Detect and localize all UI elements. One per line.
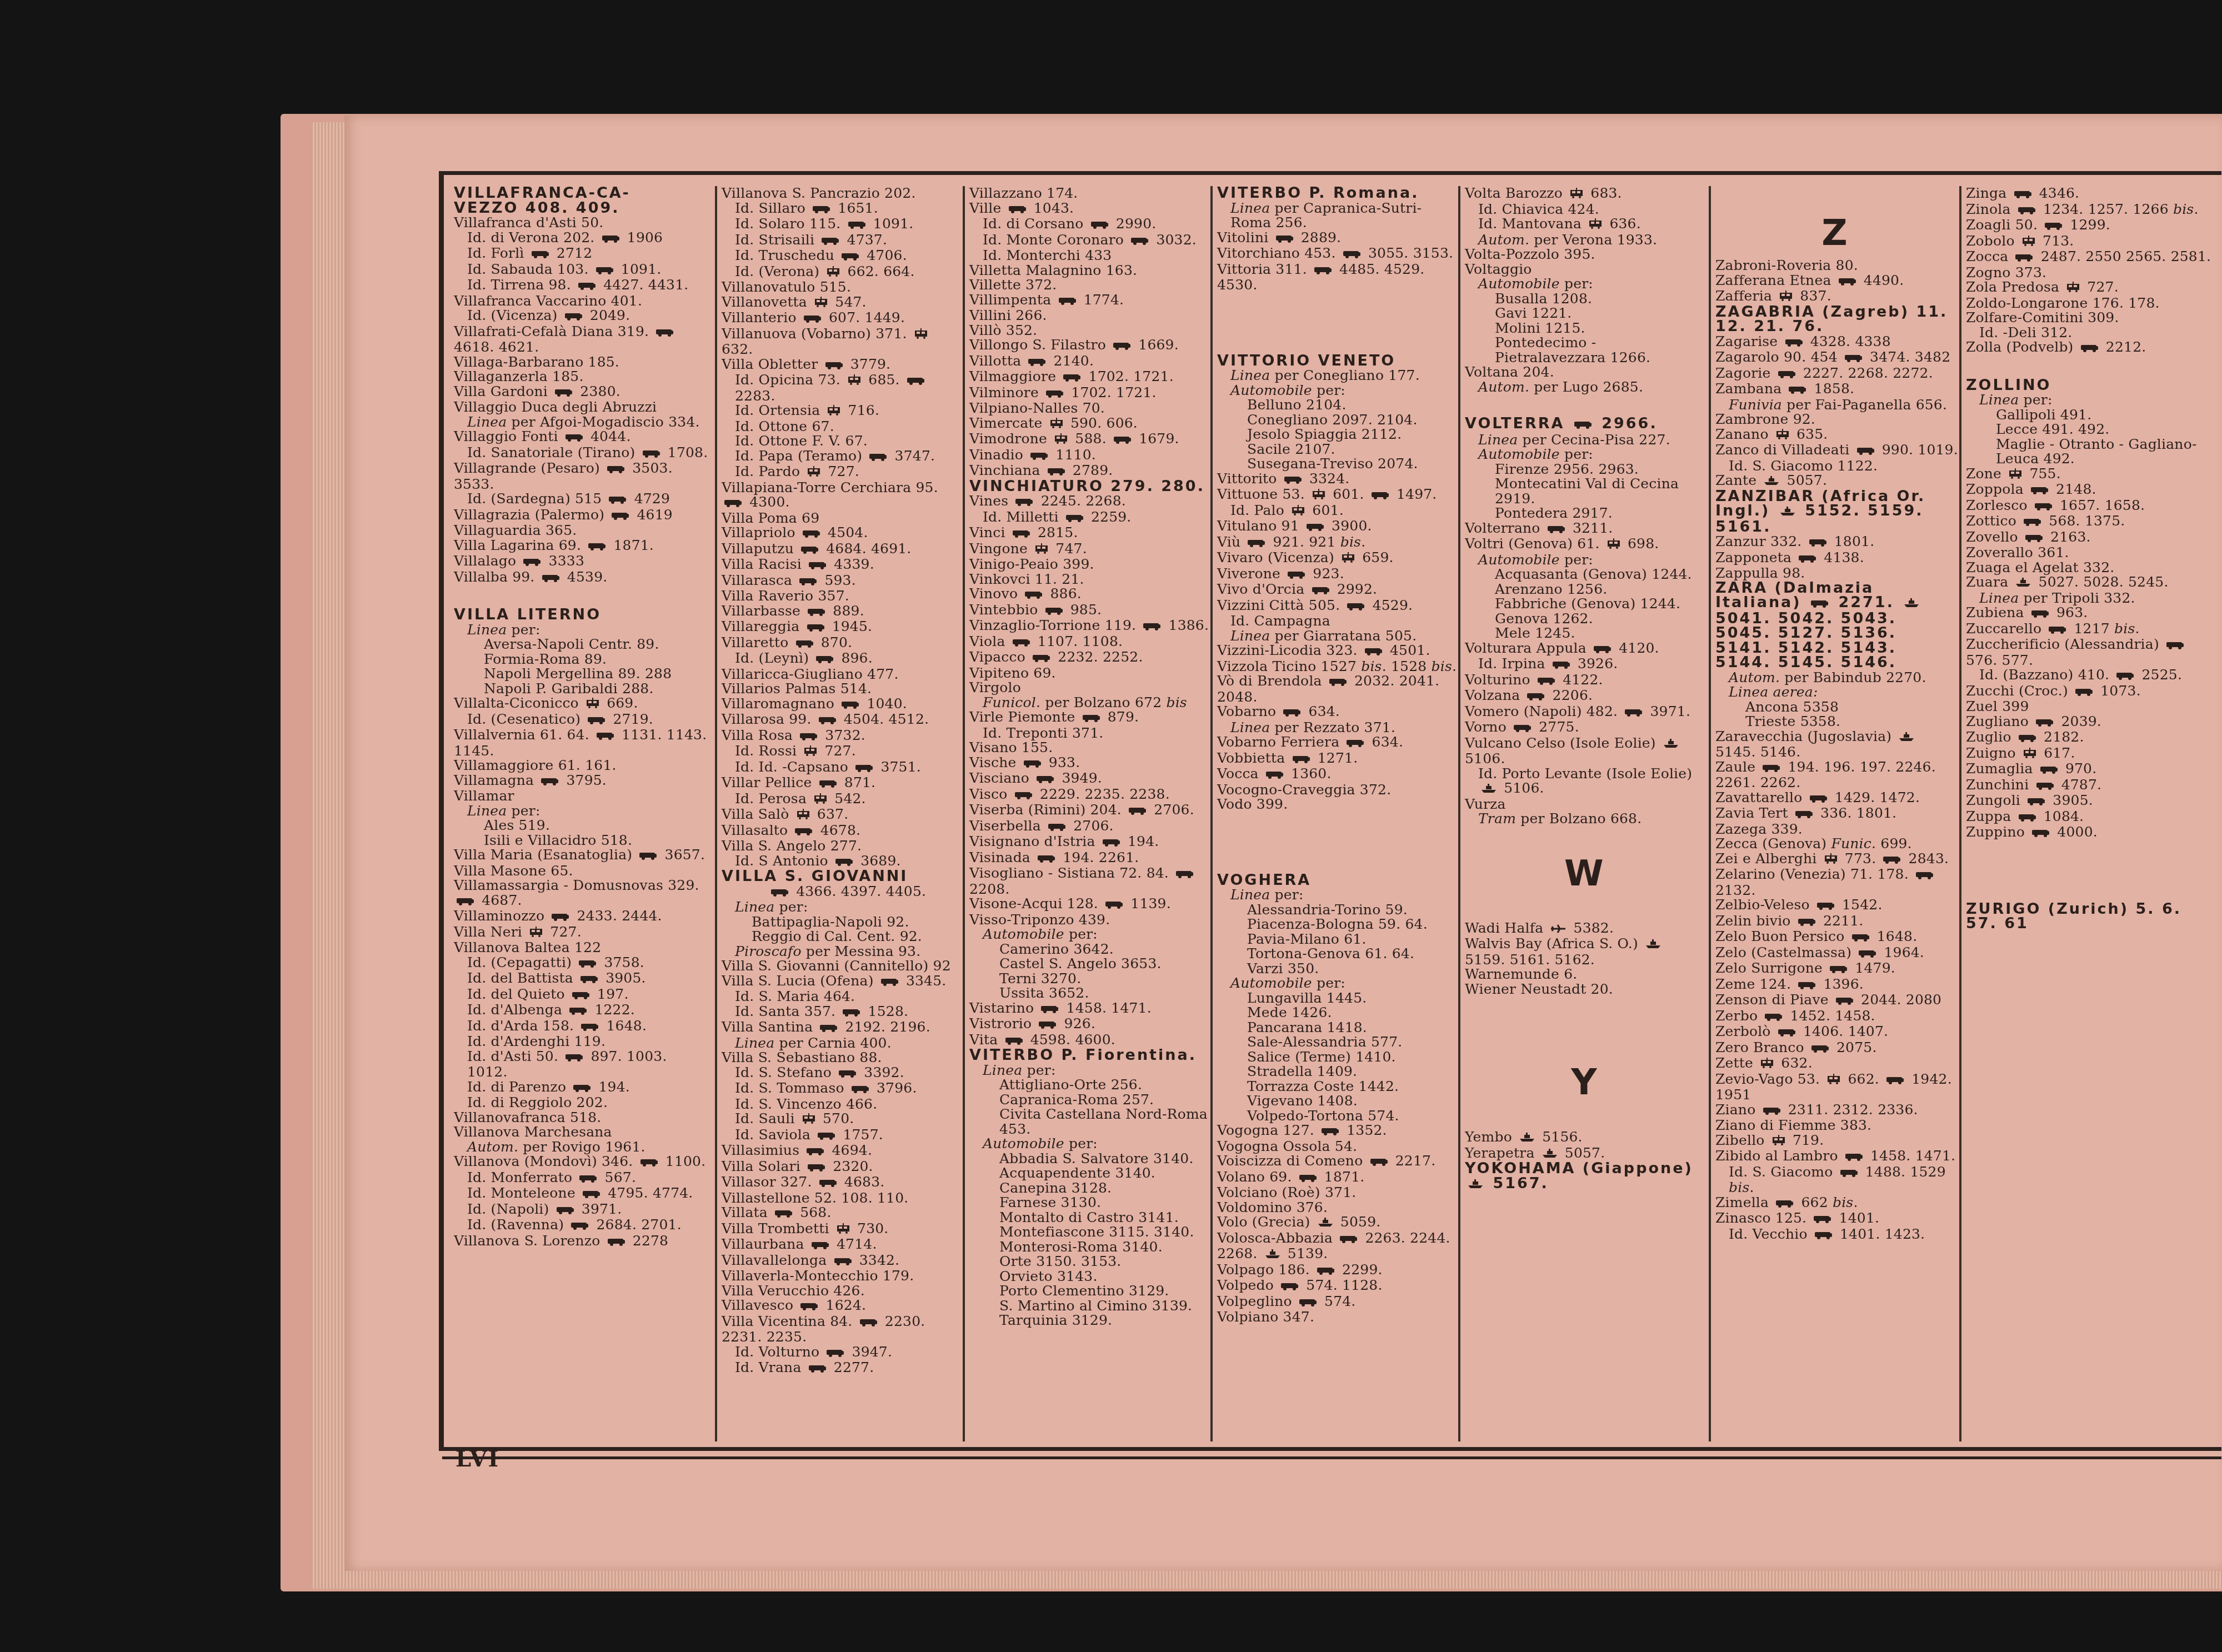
- bus-icon: [724, 496, 743, 511]
- index-entry: Canepina 3128.: [965, 1181, 1209, 1196]
- tram-icon: [836, 1223, 850, 1238]
- bus-icon: [1809, 792, 1828, 807]
- bus-icon: [655, 326, 674, 341]
- index-entry: Villaurbana 4714.: [717, 1237, 962, 1253]
- index-column-4: VITERBO P. Romana.Linea per Capranica-Su…: [1210, 186, 1457, 1441]
- spacer: [1460, 827, 1708, 849]
- bus-icon: [1840, 1166, 1859, 1181]
- index-entry: Vigevano 1408.: [1213, 1094, 1457, 1109]
- bus-icon: [1762, 761, 1781, 776]
- index-entry: Zafferana Etnea 4490.: [1711, 273, 1958, 289]
- index-entry: Vimodrone 588. 1679.: [965, 432, 1209, 448]
- bus-icon: [812, 202, 831, 217]
- index-entry: Id. Ottone F. V. 67.: [717, 434, 962, 449]
- bus-icon: [807, 620, 825, 635]
- index-entry: Villamar: [449, 789, 710, 804]
- tram-icon: [1588, 218, 1603, 233]
- bus-icon: [639, 849, 658, 864]
- italic-label: Autom.: [1478, 232, 1529, 248]
- index-entry: Villastellone 52. 108. 110.: [717, 1191, 962, 1206]
- index-entry: Piacenza-Bologna 59. 64.: [1213, 917, 1457, 932]
- spacer: [1460, 899, 1708, 921]
- index-entry: Zapponeta 4138.: [1711, 550, 1958, 567]
- italic-label: Linea: [467, 414, 507, 430]
- index-entry: Villapiana-Torre Cerchiara 95. 4300.: [717, 480, 962, 511]
- station-heading: VITERBO P. Fiorentina.: [965, 1048, 1209, 1063]
- index-entry: Villarasca 593.: [717, 573, 962, 589]
- bus-icon: [2048, 623, 2067, 638]
- index-entry: Villa Poma 69: [717, 511, 962, 526]
- index-entry: Villanova Baltea 122: [449, 940, 710, 955]
- index-entry: Villaverla-Montecchio 179.: [717, 1269, 962, 1284]
- spacer: [1460, 1108, 1708, 1130]
- index-entry: Id. Volturno 3947.: [717, 1345, 962, 1361]
- index-entry: Tram per Bolzano 668.: [1460, 812, 1708, 827]
- index-entry: Id. di Verona 202. 1906: [449, 231, 710, 247]
- index-column-3: Villazzano 174.Ville 1043.Id. di Corsano…: [963, 186, 1209, 1441]
- index-entry: Zinola 1234. 1257. 1266 bis.: [1961, 202, 2217, 218]
- index-entry: Id. Tirrena 98. 4427. 4431.: [449, 278, 710, 294]
- bus-icon: [1287, 568, 1306, 583]
- index-entry: Zagorie 2227. 2268. 2272.: [1711, 366, 1958, 382]
- tram-icon: [585, 697, 600, 712]
- index-entry: Zambrone 92.: [1711, 412, 1958, 427]
- index-entry: Zabroni-Roveria 80.: [1711, 258, 1958, 273]
- index-page: VILLAFRANCA-CA-VEZZO 408. 409.Villafranc…: [344, 116, 2222, 1571]
- bus-icon: [1040, 1002, 1059, 1017]
- index-entry: Zuglio 2182.: [1961, 730, 2217, 746]
- index-entry: Zavattarello 1429. 1472.: [1711, 790, 1958, 807]
- station-heading: VITTORIO VENETO: [1213, 354, 1457, 369]
- bus-icon: [1275, 232, 1294, 247]
- bus-icon: [1030, 449, 1049, 464]
- bus-icon: [848, 218, 867, 233]
- index-entry: Id. Milletti 2259.: [965, 510, 1209, 526]
- index-entry: Villanuova (Vobarno) 371. 632.: [717, 327, 962, 357]
- index-entry: Id. Sillaro 1651.: [717, 201, 962, 217]
- index-entry: Villanova S. Pancrazio 202.: [717, 186, 962, 201]
- index-entry: Visano 155.: [965, 740, 1209, 755]
- index-entry: Vintebbio 985.: [965, 603, 1209, 619]
- index-entry: Automobile per:: [1460, 447, 1708, 462]
- bus-icon: [1314, 263, 1333, 278]
- index-entry: Zobolo 713.: [1961, 234, 2217, 250]
- spacer: [1460, 394, 1708, 417]
- bus-icon: [838, 1067, 857, 1082]
- index-entry: Id. Id. -Capsano 3751.: [717, 760, 962, 776]
- index-entry: Id. Sanatoriale (Tirano) 1708.: [449, 445, 710, 462]
- index-entry: Orvieto 3143.: [965, 1269, 1209, 1284]
- index-entry: Id. (Cepagatti) 3758.: [449, 955, 710, 972]
- index-entry: Id. Sabauda 103. 1091.: [449, 262, 710, 278]
- index-entry: Aversa-Napoli Centr. 89.: [449, 637, 710, 652]
- ship-icon: [1264, 1248, 1281, 1263]
- index-entry: Villaminozzo 2433. 2444.: [449, 909, 710, 925]
- ship-icon: [1903, 597, 1920, 612]
- bus-icon: [1247, 536, 1266, 551]
- bus-icon: [1574, 418, 1593, 433]
- bus-icon: [1816, 899, 1835, 914]
- bus-icon: [1778, 367, 1796, 382]
- bus-icon: [551, 910, 570, 925]
- index-entry: Zagarise 4328. 4338: [1711, 334, 1958, 351]
- index-entry: Sacile 2107.: [1213, 442, 1457, 457]
- italic-label: Linea: [1230, 628, 1270, 644]
- index-entry: Id. (Napoli) 3971.: [449, 1202, 710, 1218]
- station-heading: ZANZIBAR (Africa Or. Ingl.) 5152. 5159. …: [1711, 489, 1958, 535]
- index-entry: Vizzini-Licodia 323. 4501.: [1213, 643, 1457, 659]
- index-entry: Zuccarello 1217 bis.: [1961, 622, 2217, 638]
- bus-icon: [1624, 705, 1643, 720]
- index-entry: Zanano 635.: [1711, 427, 1958, 443]
- bus-icon: [1128, 804, 1147, 819]
- index-entry: Id. Papa (Teramo) 3747.: [717, 449, 962, 465]
- station-heading: ZURIGO (Zurich) 5. 6. 57. 61: [1961, 902, 2217, 932]
- index-entry: Vimercate 590. 606.: [965, 416, 1209, 432]
- index-entry: Villalvernia 61. 64. 1131. 1143. 1145.: [449, 728, 710, 758]
- index-entry: Vitorchiano 453. 3055. 3153.: [1213, 246, 1457, 262]
- italic-label: bis: [1729, 1179, 1749, 1195]
- bus-icon: [1265, 768, 1284, 783]
- index-entry: Zibello 719.: [1711, 1133, 1958, 1149]
- index-entry: Vita 4598. 4600.: [965, 1033, 1209, 1049]
- index-entry: Villaromagnano 1040.: [717, 697, 962, 713]
- index-entry: Alessandria-Torino 59.: [1213, 903, 1457, 918]
- bus-icon: [2040, 763, 2059, 778]
- tram-icon: [1826, 1073, 1841, 1088]
- index-entry: Automobile per:: [1213, 976, 1457, 991]
- index-entry: Villalta-Ciconicco 669.: [449, 696, 710, 712]
- bus-icon: [569, 1004, 588, 1019]
- index-entry: Id. S. Stefano 3392.: [717, 1065, 962, 1082]
- index-entry: Villanova Marchesana: [449, 1125, 710, 1140]
- index-entry: Maglie - Otranto - Gagliano-Leuca 492.: [1961, 437, 2217, 467]
- tram-icon: [847, 374, 862, 389]
- index-entry: Busalla 1208.: [1460, 292, 1708, 307]
- bus-icon: [1814, 1228, 1833, 1243]
- bus-icon: [570, 1219, 589, 1234]
- bus-icon: [1024, 588, 1043, 603]
- index-entry: Zei e Alberghi 773. 2843.: [1711, 852, 1958, 868]
- station-heading: VILLA S. GIOVANNI: [717, 869, 962, 884]
- section-letter: Z: [1711, 208, 1958, 258]
- index-entry: Linea per Capranica-Sutri-Roma 256.: [1213, 201, 1457, 231]
- bus-icon: [869, 450, 888, 465]
- index-entry: Villa Santina 2192. 2196.: [717, 1020, 962, 1036]
- index-entry: S. Martino al Cimino 3139.: [965, 1299, 1209, 1314]
- bus-icon: [1283, 705, 1302, 720]
- italic-label: Automobile: [1478, 276, 1560, 292]
- bus-icon: [1809, 535, 1828, 550]
- bus-icon: [1012, 635, 1031, 650]
- station-heading: VILLA LITERNO: [449, 608, 710, 623]
- bus-icon: [2036, 779, 2055, 794]
- index-entry: Linea per Cecina-Pisa 227.: [1460, 433, 1708, 448]
- tram-icon: [1771, 1134, 1786, 1149]
- bus-icon: [588, 539, 607, 554]
- bus-icon: [2031, 607, 2050, 622]
- index-entry: Yembo 5156.: [1460, 1130, 1708, 1146]
- ship-icon: [1779, 505, 1796, 520]
- italic-label: bis: [1166, 694, 1187, 710]
- index-entry: Id. (Vicenza) 2049.: [449, 308, 710, 324]
- index-entry: Zoppola 2148.: [1961, 482, 2217, 498]
- italic-label: Linea: [1478, 432, 1518, 448]
- index-entry: Civita Castellana Nord-Roma 453.: [965, 1107, 1209, 1137]
- bus-icon: [825, 358, 844, 373]
- index-entry: Villini 266.: [965, 308, 1209, 323]
- bus-icon: [770, 885, 789, 900]
- index-entry: Piroscafo per Messina 93.: [717, 944, 962, 959]
- index-entry: Villa Raverio 357.: [717, 589, 962, 604]
- index-entry: Id. d'Albenga 1222.: [449, 1003, 710, 1019]
- index-entry: Gallipoli 491.: [1961, 408, 2217, 423]
- index-entry: Vogogna Ossola 54.: [1213, 1139, 1457, 1154]
- index-entry: Id. del Quieto 197.: [449, 987, 710, 1003]
- index-entry: Id. Forlì 2712: [449, 246, 710, 262]
- bus-icon: [1047, 464, 1066, 479]
- bus-icon: [1306, 520, 1325, 535]
- index-entry: Villazzano 174.: [965, 186, 1209, 201]
- tram-icon: [1607, 538, 1621, 553]
- index-entry: Autom. per Rovigo 1961.: [449, 1140, 710, 1155]
- bus-icon: [1886, 1073, 1905, 1088]
- index-entry: Isili e Villacidro 518.: [449, 833, 710, 848]
- index-entry: Zevio-Vago 53. 662. 1942. 1951: [1711, 1072, 1958, 1103]
- index-entry: Firenze 2956. 2963.: [1460, 462, 1708, 477]
- index-entry: Vines 2245. 2268.: [965, 494, 1209, 510]
- bus-icon: [1045, 387, 1064, 402]
- index-entry: Voltana 204.: [1460, 365, 1708, 380]
- index-entry: Villaga-Barbarano 185.: [449, 355, 710, 370]
- bus-icon: [1811, 1042, 1830, 1057]
- italic-label: Linea: [1230, 887, 1270, 903]
- tram-icon: [2021, 235, 2036, 250]
- bus-icon: [799, 729, 818, 744]
- index-entry: Villa Masone 65.: [449, 864, 710, 879]
- station-heading: VINCHIATURO 279. 280.: [965, 479, 1209, 494]
- bus-icon: [1063, 371, 1082, 386]
- index-entry: Villalba 99. 4539.: [449, 570, 710, 586]
- index-entry: Vitulano 91 3900.: [1213, 519, 1457, 535]
- index-entry: Villa Rosa 3732.: [717, 728, 962, 744]
- bus-icon: [1339, 1232, 1358, 1247]
- bus-icon: [531, 247, 550, 262]
- index-entry: Vurza: [1460, 797, 1708, 812]
- index-entry: Id. (Cesenatico) 2719.: [449, 712, 710, 728]
- index-entry: Villaricca-Giugliano 477.: [717, 667, 962, 682]
- index-entry: Id. S Antonio 3689.: [717, 854, 962, 870]
- index-entry: Zambana 1858.: [1711, 382, 1958, 398]
- bus-icon: [1284, 473, 1303, 488]
- index-entry: Villa Vicentina 84. 2230. 2231. 2235.: [717, 1314, 962, 1345]
- index-entry: Zubiena 963.: [1961, 605, 2217, 622]
- italic-label: Linea: [467, 803, 507, 819]
- bus-icon: [572, 988, 590, 1003]
- index-entry: Visso-Triponzo 439.: [965, 913, 1209, 928]
- bus-icon: [573, 1081, 592, 1096]
- index-entry: Volciano (Roè) 371.: [1213, 1185, 1457, 1200]
- italic-label: Autom.: [467, 1139, 518, 1155]
- index-entry: Funivia per Fai-Paganella 656.: [1711, 398, 1958, 413]
- index-entry: Villamaggiore 61. 161.: [449, 758, 710, 773]
- italic-label: Autom.: [1478, 379, 1529, 395]
- bus-icon: [1113, 339, 1132, 354]
- bus-icon: [578, 279, 597, 294]
- index-entry: Linea aerea:: [1711, 685, 1958, 700]
- italic-label: Linea: [467, 622, 507, 638]
- index-entry: Volosca-Abbazia 2263. 2244. 2268. 5139.: [1213, 1231, 1457, 1263]
- bus-icon: [579, 1172, 598, 1187]
- bus-icon: [1008, 202, 1027, 217]
- bus-icon: [815, 652, 834, 667]
- tram-icon: [529, 926, 543, 941]
- bus-icon: [1036, 772, 1055, 787]
- index-entry: Villagrazia (Palermo) 4619: [449, 508, 710, 524]
- index-entry: Id. d'Ardenghi 119.: [449, 1034, 710, 1049]
- index-entry: Susegana-Treviso 2074.: [1213, 457, 1457, 472]
- index-entry: Villamassargia - Domusnovas 329. 4687.: [449, 878, 710, 909]
- index-entry: Villaggio Fonti 4044.: [449, 429, 710, 445]
- station-heading: VOLTERRA 2966.: [1460, 417, 1708, 433]
- index-entry: Walvis Bay (Africa S. O.) 5159. 5161. 51…: [1460, 937, 1708, 967]
- index-entry: Zuel 399: [1961, 699, 2217, 714]
- index-entry: Linea per Conegliano 177.: [1213, 368, 1457, 383]
- index-entry: Id. S. Giacomo 1122.: [1711, 459, 1958, 474]
- bus-icon: [2014, 187, 2033, 202]
- bus-icon: [807, 605, 826, 620]
- tram-icon: [827, 404, 841, 419]
- bus-icon: [817, 1129, 836, 1144]
- italic-label: Linea: [1230, 367, 1270, 383]
- station-heading: VEZZO 408. 409.: [449, 201, 710, 216]
- index-entry: Villagrande (Pesaro) 3503. 3533.: [449, 461, 710, 492]
- index-entry: Vilmaggiore 1702. 1721.: [965, 369, 1209, 386]
- italic-label: Automobile: [983, 926, 1064, 942]
- index-entry: Volta-Pozzolo 395.: [1460, 247, 1708, 262]
- bus-icon: [807, 1160, 826, 1175]
- index-entry: Zuppa 1084.: [1961, 809, 2217, 825]
- index-entry: Id. Vecchio 1401. 1423.: [1711, 1227, 1958, 1243]
- index-entry: Zibido al Lambro 1458. 1471.: [1711, 1149, 1958, 1165]
- index-entry: Salice (Terme) 1410.: [1213, 1050, 1457, 1065]
- index-entry: Vilpiano-Nalles 70.: [965, 401, 1209, 416]
- bus-icon: [1547, 522, 1566, 537]
- index-entry: Pontedecimo - Pietralavezzara 1266.: [1460, 336, 1708, 365]
- index-entry: Farnese 3130.: [965, 1195, 1209, 1210]
- index-entry: Automobile per:: [965, 927, 1209, 942]
- index-entry: Viverone 923.: [1213, 567, 1457, 583]
- index-entry: Vocca 1360.: [1213, 767, 1457, 783]
- bus-icon: [2018, 731, 2037, 746]
- index-entry: Id. (Ravenna) 2684. 2701.: [449, 1218, 710, 1234]
- index-entry: Villaggio Duca degli Abruzzi: [449, 400, 710, 415]
- index-entry: Battipaglia-Napoli 92.: [717, 915, 962, 930]
- tram-icon: [1054, 433, 1068, 448]
- index-entry: Zoverallo 361.: [1961, 545, 2217, 560]
- index-entry: Zette 632.: [1711, 1056, 1958, 1072]
- bus-icon: [1513, 721, 1532, 736]
- bus-icon: [1810, 597, 1829, 612]
- index-entry: Volano 69. 1871.: [1213, 1170, 1457, 1186]
- index-entry: Id. Ortensia 716.: [717, 403, 962, 419]
- index-entry: Villavesco 1624.: [717, 1298, 962, 1314]
- index-entry: Villa Neri 727.: [449, 925, 710, 941]
- italic-label: Automobile: [1478, 446, 1560, 462]
- index-entry: Vulcano Celso (Isole Eolie) 5106.: [1460, 736, 1708, 767]
- index-entry: Villa S. Angelo 277.: [717, 839, 962, 854]
- italic-label: Automobile: [1230, 382, 1312, 398]
- index-entry: Capranica-Roma 257.: [965, 1093, 1209, 1108]
- bus-icon: [582, 1187, 601, 1202]
- index-entry: Zelarino (Venezia) 71. 178. 2132.: [1711, 867, 1958, 898]
- index-column-6: ZZabroni-Roveria 80.Zafferana Etnea 4490…: [1709, 186, 1958, 1441]
- index-entry: Zavia Tert 336. 1801.: [1711, 806, 1958, 822]
- index-entry: Id. (Verona) 662. 664.: [717, 264, 962, 281]
- bus-icon: [800, 1299, 819, 1314]
- bus-icon: [1364, 644, 1383, 659]
- index-entry: Id. Strisaili 4737.: [717, 233, 962, 249]
- index-entry: Wadi Halfa 5382.: [1460, 921, 1708, 937]
- bus-icon: [2075, 685, 2094, 700]
- bus-icon: [2034, 499, 2053, 514]
- italic-label: Linea: [1230, 200, 1270, 216]
- index-entry: Volta Barozzo 683.: [1460, 186, 1708, 202]
- station-heading: ZARA (Dalmazia Italiana) 2271. 5041. 504…: [1711, 581, 1958, 670]
- station-heading: ZOLLINO: [1961, 378, 2217, 393]
- index-entry: Volpago 186. 2299.: [1213, 1263, 1457, 1279]
- italic-label: Funivia: [1729, 397, 1782, 413]
- index-entry: Montecatini Val di Cecina 2919.: [1460, 477, 1708, 506]
- index-entry: Montalto di Castro 3141.: [965, 1210, 1209, 1225]
- bus-icon: [1775, 1197, 1794, 1212]
- spacer: [449, 585, 710, 608]
- index-entry: Vipacco 2232. 2252.: [965, 650, 1209, 666]
- bus-icon: [602, 232, 620, 247]
- index-entry: Attigliano-Orte 256.: [965, 1078, 1209, 1093]
- bus-icon: [855, 761, 874, 776]
- bus-icon: [1347, 599, 1365, 614]
- index-entry: Viserbella 2706.: [965, 819, 1209, 835]
- bus-icon: [819, 777, 838, 792]
- bus-icon: [1346, 736, 1365, 751]
- bus-icon: [880, 975, 899, 990]
- bus-icon: [799, 574, 818, 589]
- tram-icon: [2008, 468, 2023, 483]
- tram-icon: [1312, 488, 1326, 503]
- index-entry: Viserba (Rimini) 204. 2706.: [965, 803, 1209, 819]
- italic-label: bis: [1833, 1194, 1853, 1210]
- index-entry: Villanterio 607. 1449.: [717, 311, 962, 327]
- tram-icon: [1760, 1057, 1774, 1072]
- spacer: [1961, 356, 2217, 378]
- index-entry: Automobile per:: [1460, 277, 1708, 292]
- bus-icon: [2035, 715, 2054, 730]
- index-entry: Orte 3150. 3153.: [965, 1254, 1209, 1269]
- bus-icon: [456, 894, 475, 909]
- index-entry: Ziano 2311. 2312. 2336.: [1711, 1103, 1958, 1119]
- index-entry: Molini 1215.: [1460, 321, 1708, 336]
- index-entry: Zenson di Piave 2044. 2080: [1711, 993, 1958, 1009]
- tram-icon: [1569, 187, 1584, 202]
- bus-icon: [821, 234, 840, 249]
- index-entry: Linea per Rezzato 371.: [1213, 720, 1457, 735]
- index-entry: Monterosi-Roma 3140.: [965, 1240, 1209, 1255]
- index-entry: Torrazza Coste 1442.: [1213, 1079, 1457, 1094]
- index-entry: Vò di Brendola 2032. 2041. 2048.: [1213, 674, 1457, 704]
- index-entry: Linea per Afgoi-Mogadiscio 334.: [449, 415, 710, 430]
- index-entry: Autom. per Babindub 2270.: [1711, 670, 1958, 685]
